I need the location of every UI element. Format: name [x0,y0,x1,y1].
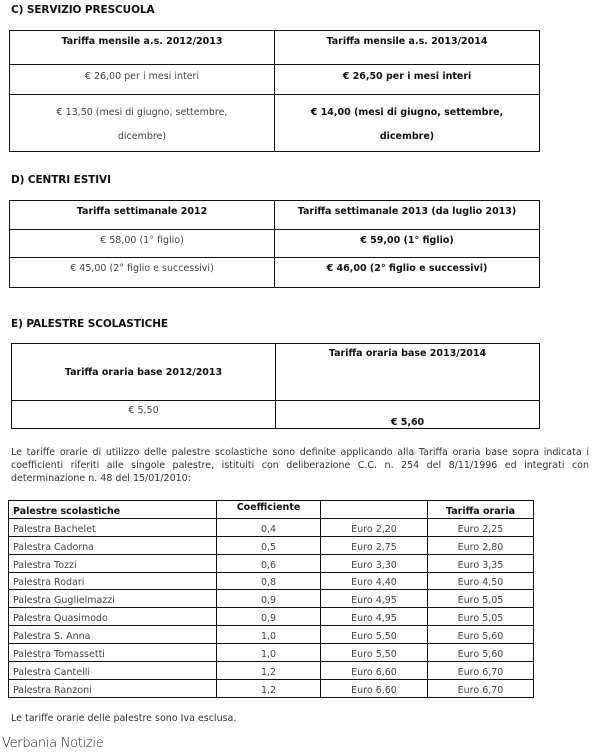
table-cell: Euro 4,95 [321,608,428,626]
table-cell: 0,9 [217,608,321,626]
table-cell: Palestra Ranzoni [9,679,217,697]
table-row: Palestra Bachelet0,4Euro 2,20Euro 2,25 [9,518,534,536]
table-cell: Euro 5,60 [428,626,534,644]
table-cell: € 58,00 (1° figlio) [10,230,275,258]
table-cell: Euro 6,60 [321,662,428,680]
table-header [321,501,428,519]
table-cell: € 26,00 per i mesi interi [10,65,275,95]
table-cell: € 5,60 [276,401,540,429]
table-row: Palestra Cadorna0,5Euro 2,75Euro 2,80 [9,536,534,554]
table-header: Tariffa settimanale 2013 (da luglio 2013… [275,201,540,230]
table-cell: 0,9 [217,590,321,608]
table-row: Palestra Cantelli1,2Euro 6,60Euro 6,70 [9,662,534,680]
table-cell: Euro 5,60 [428,644,534,662]
prescuola-table: Tariffa mensile a.s. 2012/2013 Tariffa m… [9,30,540,152]
table-cell: 0,4 [217,518,321,536]
table-cell: 0,6 [217,554,321,572]
table-cell: 1,2 [217,662,321,680]
cell-line: € 13,50 (mesi di giugno, settembre, [10,101,274,125]
section-title-palestre: E) PALESTRE SCOLASTICHE [11,318,168,330]
palestre-base-table: Tariffa oraria base 2012/2013 Tariffa or… [11,343,540,429]
table-cell: € 46,00 (2° figlio e successivi) [275,258,540,288]
table-cell: Euro 2,25 [428,518,534,536]
table-cell: Euro 4,40 [321,572,428,590]
table-cell: Euro 4,50 [428,572,534,590]
table-cell: Euro 2,80 [428,536,534,554]
cell-line: dicembre) [275,125,539,149]
table-cell: Palestra Tomassetti [9,644,217,662]
table-cell: € 26,50 per i mesi interi [275,65,540,95]
table-header: Tariffa oraria base 2013/2014 [276,344,540,401]
table-cell: € 45,00 (2° figlio e successivi) [10,258,275,288]
table-header: Tariffa settimanale 2012 [10,201,275,230]
table-row: Palestra Tozzi0,6Euro 3,30Euro 3,35 [9,554,534,572]
table-cell: € 14,00 (mesi di giugno, settembre, dice… [275,95,540,152]
section-title-prescuola: C) SERVIZIO PRESCUOLA [11,4,155,16]
table-header-row: Palestre scolastiche Coefficiente Tariff… [9,501,534,519]
description-paragraph: Le tariffe orarie di utilizzo delle pale… [11,446,589,485]
table-header: Tariffa mensile a.s. 2013/2014 [275,31,540,65]
table-cell: 0,5 [217,536,321,554]
table-cell: 1,0 [217,626,321,644]
table-cell: 1,0 [217,644,321,662]
table-cell: Palestra Cantelli [9,662,217,680]
table-row: Palestra Tomassetti1,0Euro 5,50Euro 5,60 [9,644,534,662]
table-row: Palestra Rodari0,8Euro 4,40Euro 4,50 [9,572,534,590]
table-row: Palestra Ranzoni1,2Euro 6,60Euro 6,70 [9,679,534,697]
cell-line: dicembre) [10,125,274,149]
table-cell: Palestra Tozzi [9,554,217,572]
table-cell: Euro 2,20 [321,518,428,536]
table-row: Palestra S. Anna1,0Euro 5,50Euro 5,60 [9,626,534,644]
centri-estivi-table: Tariffa settimanale 2012 Tariffa settima… [9,200,540,288]
table-cell: Euro 5,50 [321,626,428,644]
table-header: Tariffa oraria base 2012/2013 [12,344,276,401]
table-header: Tariffa mensile a.s. 2012/2013 [10,31,275,65]
table-header: Tariffa oraria [428,501,534,519]
gym-rates-table: Palestre scolastiche Coefficiente Tariff… [8,500,534,698]
table-cell: Euro 4,95 [321,590,428,608]
table-cell: € 59,00 (1° figlio) [275,230,540,258]
table-cell: € 13,50 (mesi di giugno, settembre, dice… [10,95,275,152]
table-row: Palestra Guglielmazzi0,9Euro 4,95Euro 5,… [9,590,534,608]
table-cell: Palestra Quasimodo [9,608,217,626]
table-cell: Euro 6,60 [321,679,428,697]
table-cell: Euro 6,70 [428,662,534,680]
table-cell: Euro 5,50 [321,644,428,662]
table-cell: Palestra Bachelet [9,518,217,536]
table-cell: 1,2 [217,679,321,697]
footer-source: Verbania Notizie [2,736,103,751]
section-title-centri-estivi: D) CENTRI ESTIVI [11,174,111,186]
table-cell: Euro 5,05 [428,590,534,608]
table-cell: Euro 5,05 [428,608,534,626]
table-cell: Palestra Rodari [9,572,217,590]
table-row: Palestra Quasimodo0,9Euro 4,95Euro 5,05 [9,608,534,626]
table-cell: Palestra Cadorna [9,536,217,554]
table-cell: 0,8 [217,572,321,590]
table-header: Palestre scolastiche [9,501,217,519]
cell-line: € 14,00 (mesi di giugno, settembre, [275,101,539,125]
table-cell: Euro 3,30 [321,554,428,572]
table-cell: Euro 6,70 [428,679,534,697]
table-cell: Palestra S. Anna [9,626,217,644]
table-cell: Palestra Guglielmazzi [9,590,217,608]
table-cell: Euro 3,35 [428,554,534,572]
table-cell: Euro 2,75 [321,536,428,554]
vat-note: Le tariffe orarie delle palestre sono Iv… [11,713,236,724]
table-header: Coefficiente [217,501,321,519]
table-cell: € 5,50 [12,401,276,429]
